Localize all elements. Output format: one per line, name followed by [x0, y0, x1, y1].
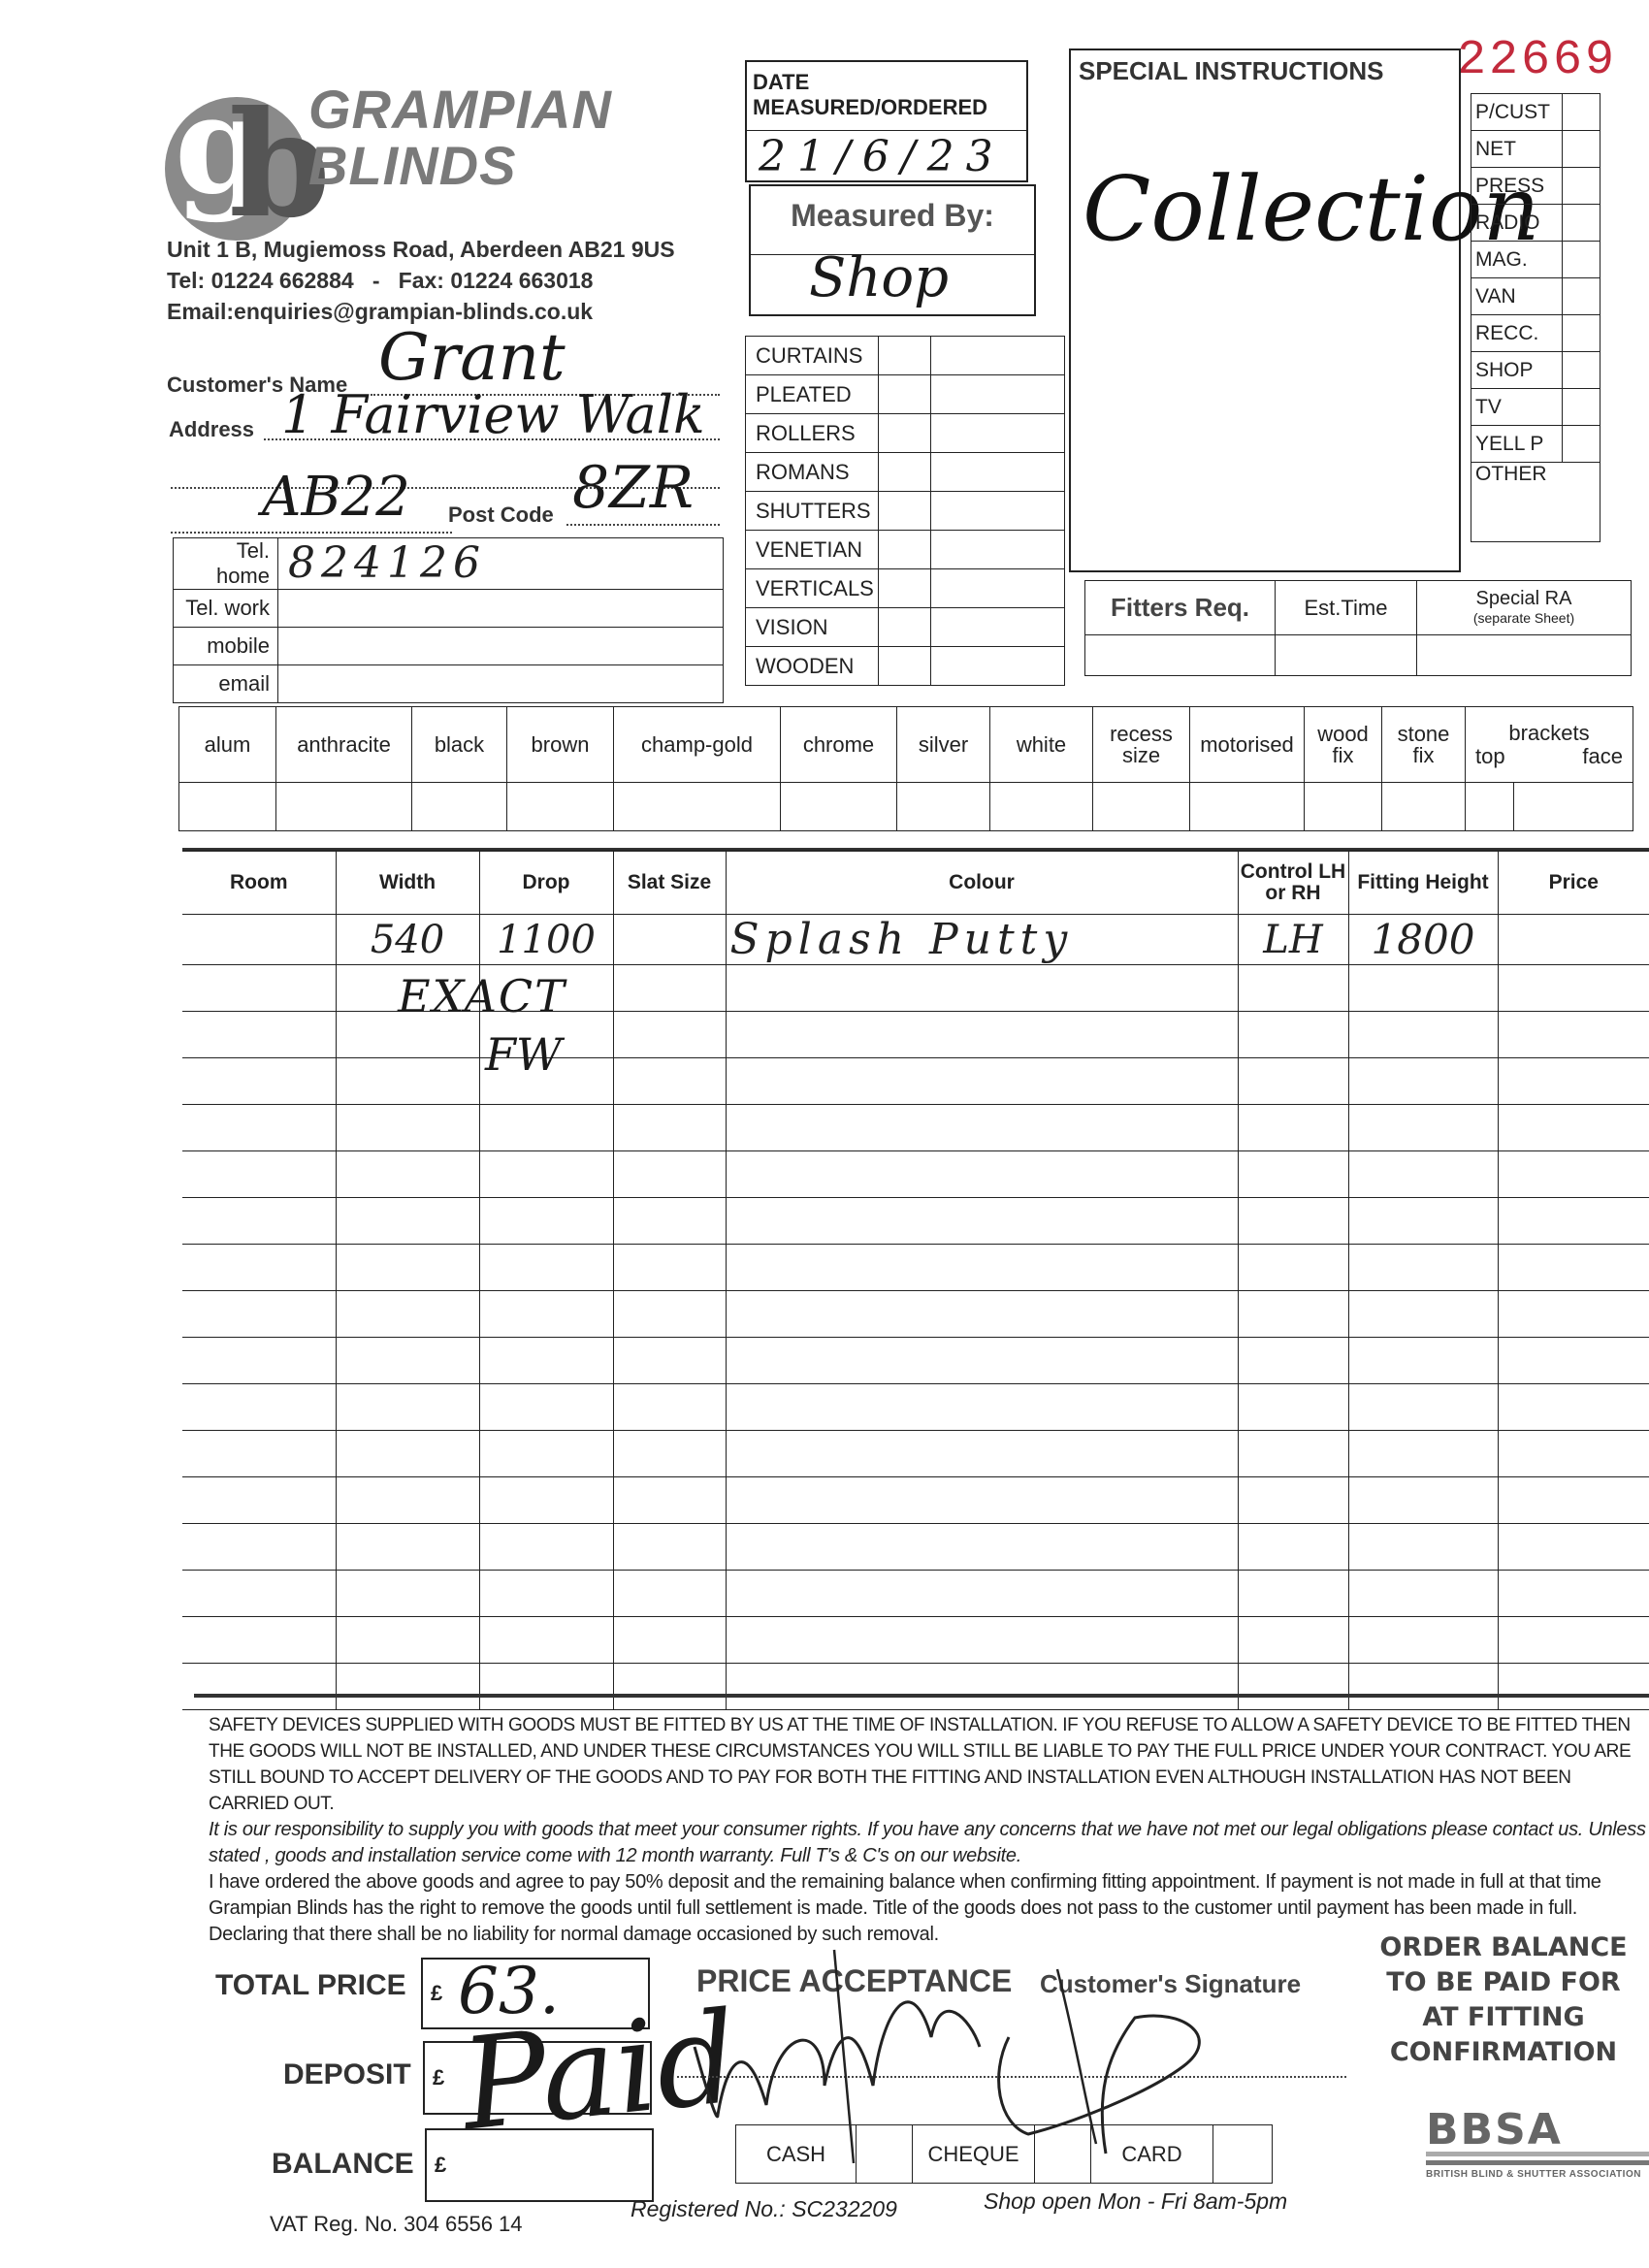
drop-cell[interactable]: [479, 1105, 613, 1151]
slat-cell[interactable]: [613, 1105, 726, 1151]
product-notes[interactable]: [930, 414, 1064, 453]
fitting-height-cell[interactable]: [1348, 1338, 1498, 1384]
contacts-table: Tel. home 824126 Tel. work mobile email: [173, 537, 724, 703]
source-checkbox[interactable]: [1563, 426, 1600, 463]
finish-label: recess size: [1093, 707, 1190, 783]
finish-checkbox[interactable]: [990, 783, 1093, 831]
table-row: [182, 1431, 1649, 1477]
fitting-height-cell[interactable]: [1348, 1198, 1498, 1245]
fitting-height-cell[interactable]: [1348, 1431, 1498, 1477]
fitting-height-cell[interactable]: [1348, 1291, 1498, 1338]
fitting-height-cell[interactable]: [1348, 1477, 1498, 1524]
fitting-height-cell[interactable]: [1348, 1105, 1498, 1151]
fitting-height-cell[interactable]: [1348, 1617, 1498, 1664]
source-checkbox[interactable]: [1563, 242, 1600, 278]
payment-card-checkbox[interactable]: [1213, 2125, 1273, 2184]
price-cell[interactable]: [1498, 1151, 1649, 1198]
slat-cell[interactable]: [613, 1617, 726, 1664]
colour-cell[interactable]: [726, 1105, 1238, 1151]
room-cell[interactable]: [182, 1012, 336, 1058]
source-checkbox[interactable]: [1563, 94, 1600, 131]
measured-by-label: Measured By:: [751, 198, 1034, 234]
room-cell[interactable]: [182, 965, 336, 1012]
product-row: WOODEN: [746, 647, 1065, 686]
finish-checkbox[interactable]: [1382, 783, 1466, 831]
col-width: Width: [336, 851, 479, 915]
est-time-field[interactable]: [1276, 635, 1417, 676]
table-row: [182, 1151, 1649, 1198]
room-cell[interactable]: [182, 1431, 336, 1477]
contact-row-tel-work: Tel. work: [174, 590, 724, 628]
product-row: VISION: [746, 608, 1065, 647]
postcode-line: [566, 524, 720, 526]
width-cell[interactable]: 540: [336, 915, 479, 965]
room-cell[interactable]: [182, 1571, 336, 1617]
price-cell[interactable]: [1498, 1105, 1649, 1151]
finish-label: black: [412, 707, 507, 783]
price-cell[interactable]: [1498, 1291, 1649, 1338]
price-cell[interactable]: [1498, 1384, 1649, 1431]
terms-text: SAFETY DEVICES SUPPLIED WITH GOODS MUST …: [209, 1712, 1649, 1948]
brackets-label: brackets: [1470, 722, 1629, 745]
control-cell[interactable]: [1238, 1338, 1348, 1384]
control-cell[interactable]: [1238, 1664, 1348, 1710]
product-checkbox[interactable]: [878, 531, 930, 569]
width-cell[interactable]: [336, 1571, 479, 1617]
control-cell[interactable]: [1238, 1291, 1348, 1338]
brackets-top-label: top: [1475, 745, 1505, 768]
fitters-req-field[interactable]: [1085, 635, 1276, 676]
slat-cell[interactable]: [613, 1245, 726, 1291]
notice-line: AT FITTING: [1358, 2000, 1649, 2035]
safety-devices-terms: SAFETY DEVICES SUPPLIED WITH GOODS MUST …: [209, 1712, 1649, 1817]
source-label: NET: [1471, 131, 1563, 168]
slat-cell[interactable]: [613, 1058, 726, 1105]
table-row: [182, 1338, 1649, 1384]
finish-checkbox[interactable]: [276, 783, 412, 831]
control-cell[interactable]: [1238, 1058, 1348, 1105]
postcode-value[interactable]: 8ZR: [572, 454, 694, 522]
colour-cell[interactable]: [726, 1198, 1238, 1245]
product-label: VISION: [746, 608, 879, 647]
colour-cell[interactable]: [726, 1617, 1238, 1664]
price-cell[interactable]: [1498, 1477, 1649, 1524]
width-cell[interactable]: [336, 1245, 479, 1291]
colour-cell[interactable]: [726, 1338, 1238, 1384]
price-cell[interactable]: [1498, 1058, 1649, 1105]
date-value[interactable]: 21/6/23: [759, 132, 1005, 181]
source-checkbox[interactable]: [1563, 168, 1600, 205]
finish-checkbox[interactable]: [897, 783, 990, 831]
room-cell[interactable]: [182, 1338, 336, 1384]
notice-line: CONFIRMATION: [1358, 2035, 1649, 2070]
finish-label: brown: [507, 707, 614, 783]
finish-checkbox[interactable]: [614, 783, 781, 831]
product-notes[interactable]: [930, 492, 1064, 531]
control-cell[interactable]: [1238, 1431, 1348, 1477]
width-cell[interactable]: [336, 1524, 479, 1571]
price-cell[interactable]: [1498, 1338, 1649, 1384]
finish-label: silver: [897, 707, 990, 783]
contact-label: email: [174, 665, 278, 703]
table-row: [182, 1384, 1649, 1431]
slat-cell[interactable]: [613, 965, 726, 1012]
room-cell[interactable]: [182, 1524, 336, 1571]
room-cell[interactable]: [182, 1151, 336, 1198]
fitting-height-cell[interactable]: [1348, 1245, 1498, 1291]
width-cell[interactable]: [336, 1198, 479, 1245]
product-row: VERTICALS: [746, 569, 1065, 608]
table-row: [182, 1617, 1649, 1664]
payment-cash-checkbox[interactable]: [857, 2125, 913, 2184]
finish-label: white: [990, 707, 1093, 783]
slat-cell[interactable]: [613, 1664, 726, 1710]
vat-number: VAT Reg. No. 304 6556 14: [270, 2212, 523, 2237]
drop-cell[interactable]: [479, 1291, 613, 1338]
colour-cell[interactable]: [726, 1664, 1238, 1710]
bracket-face-checkbox[interactable]: [1514, 783, 1633, 831]
fitting-height-cell[interactable]: [1348, 1524, 1498, 1571]
product-checkbox[interactable]: [878, 492, 930, 531]
product-row: SHUTTERS: [746, 492, 1065, 531]
fitters-table: Fitters Req. Est.Time Special RA (separa…: [1084, 580, 1632, 676]
pound-sign: £: [433, 2065, 444, 2090]
source-checkbox[interactable]: [1563, 131, 1600, 168]
contact-label: Tel. home: [174, 538, 278, 590]
control-cell[interactable]: LH: [1238, 915, 1348, 965]
slat-cell[interactable]: [613, 1012, 726, 1058]
slat-cell[interactable]: [613, 915, 726, 965]
product-notes[interactable]: [930, 608, 1064, 647]
width-cell[interactable]: [336, 1338, 479, 1384]
source-label: P/CUST: [1471, 94, 1563, 131]
source-label: MAG.: [1471, 242, 1563, 278]
slat-cell[interactable]: [613, 1198, 726, 1245]
product-label: VERTICALS: [746, 569, 879, 608]
source-label: RADIO: [1471, 205, 1563, 242]
room-cell[interactable]: [182, 1245, 336, 1291]
drop-cell[interactable]: 1100: [479, 915, 613, 965]
order-table-bottom-rule: [194, 1694, 1649, 1698]
table-row: [182, 1524, 1649, 1571]
source-label: TV: [1471, 389, 1563, 426]
tel-work-field[interactable]: [278, 590, 724, 628]
width-cell[interactable]: [336, 1477, 479, 1524]
source-label: YELL P: [1471, 426, 1563, 463]
col-room: Room: [182, 851, 336, 915]
total-price-label: TOTAL PRICE: [215, 1969, 406, 2002]
finish-checkbox[interactable]: [507, 783, 614, 831]
product-checkbox[interactable]: [878, 375, 930, 414]
width-cell[interactable]: [336, 1291, 479, 1338]
source-label: PRESS: [1471, 168, 1563, 205]
table-row: [182, 1105, 1649, 1151]
col-fitting-height: Fitting Height: [1348, 851, 1498, 915]
brackets-face-label: face: [1582, 745, 1623, 768]
product-notes[interactable]: [930, 453, 1064, 492]
colour-cell[interactable]: [726, 1524, 1238, 1571]
product-notes[interactable]: [930, 531, 1064, 569]
product-notes[interactable]: [930, 569, 1064, 608]
fitting-height-cell[interactable]: [1348, 1151, 1498, 1198]
price-cell[interactable]: [1498, 1571, 1649, 1617]
drop-cell[interactable]: [479, 1384, 613, 1431]
fitting-height-cell[interactable]: 1800: [1348, 915, 1498, 965]
room-cell[interactable]: [182, 1384, 336, 1431]
payment-card-label: CARD: [1091, 2125, 1213, 2184]
source-checkbox[interactable]: [1563, 278, 1600, 315]
finish-label: champ-gold: [614, 707, 781, 783]
colour-cell[interactable]: [726, 1571, 1238, 1617]
finish-options-table: alum anthracite black brown champ-gold c…: [178, 706, 1633, 831]
colour-cell[interactable]: [726, 1384, 1238, 1431]
finish-label: anthracite: [276, 707, 412, 783]
fitting-height-cell[interactable]: [1348, 1571, 1498, 1617]
room-cell[interactable]: [182, 1291, 336, 1338]
control-cell[interactable]: [1238, 1151, 1348, 1198]
source-label: RECC.: [1471, 315, 1563, 352]
finish-label: stone fix: [1382, 707, 1466, 783]
fitting-height-cell[interactable]: [1348, 965, 1498, 1012]
company-name-line1: GRAMPIAN: [308, 81, 612, 138]
price-cell[interactable]: [1498, 1524, 1649, 1571]
slat-cell[interactable]: [613, 1571, 726, 1617]
pound-sign: £: [435, 2153, 446, 2178]
colour-cell[interactable]: [726, 1151, 1238, 1198]
order-table-header: Room Width Drop Slat Size Colour Control…: [182, 851, 1649, 915]
sources-table: P/CUST NET PRESS RADIO MAG. VAN RECC. SH…: [1471, 93, 1600, 542]
product-checkbox[interactable]: [878, 337, 930, 375]
price-cell[interactable]: [1498, 1198, 1649, 1245]
slat-cell[interactable]: [613, 1291, 726, 1338]
colour-cell[interactable]: [726, 1431, 1238, 1477]
drop-cell[interactable]: [479, 1571, 613, 1617]
order-table-body: [182, 965, 1649, 1710]
price-cell[interactable]: [1498, 965, 1649, 1012]
product-row: PLEATED: [746, 375, 1065, 414]
room-cell[interactable]: [182, 1198, 336, 1245]
notice-line: TO BE PAID FOR: [1358, 1965, 1649, 2000]
control-cell[interactable]: [1238, 1105, 1348, 1151]
payment-cheque-checkbox[interactable]: [1035, 2125, 1091, 2184]
drop-cell[interactable]: [479, 1617, 613, 1664]
product-label: CURTAINS: [746, 337, 879, 375]
finish-label: chrome: [781, 707, 897, 783]
fitting-height-cell[interactable]: [1348, 1384, 1498, 1431]
bbsa-logo-icon: BBSA: [1426, 2105, 1563, 2155]
width-cell[interactable]: [336, 1058, 479, 1105]
source-checkbox[interactable]: [1563, 205, 1600, 242]
product-notes[interactable]: [930, 647, 1064, 686]
slat-cell[interactable]: [613, 1477, 726, 1524]
drop-cell[interactable]: [479, 1198, 613, 1245]
room-cell[interactable]: [182, 1664, 336, 1710]
table-row: [182, 1058, 1649, 1105]
width-cell[interactable]: [336, 1617, 479, 1664]
colour-cell[interactable]: [726, 1291, 1238, 1338]
colour-cell[interactable]: [726, 1477, 1238, 1524]
colour-cell[interactable]: [726, 965, 1238, 1012]
fitting-height-cell[interactable]: [1348, 1664, 1498, 1710]
price-cell[interactable]: [1498, 1245, 1649, 1291]
control-cell[interactable]: [1238, 1571, 1348, 1617]
fitting-height-cell[interactable]: [1348, 1012, 1498, 1058]
room-cell[interactable]: [182, 1058, 336, 1105]
table-row: 540 1100 Splash Putty LH 1800: [182, 915, 1649, 965]
finish-label: alum: [179, 707, 276, 783]
contact-row-mobile: mobile: [174, 628, 724, 665]
product-label: VENETIAN: [746, 531, 879, 569]
note-fw: FW: [485, 1028, 562, 1081]
drop-cell[interactable]: [479, 1151, 613, 1198]
company-address: Unit 1 B, Mugiemoss Road, Aberdeen AB21 …: [167, 237, 675, 263]
date-label: DATE MEASURED/ORDERED: [753, 70, 987, 120]
product-row: VENETIAN: [746, 531, 1065, 569]
source-other[interactable]: OTHER: [1471, 463, 1600, 542]
postcode-label: Post Code: [448, 502, 554, 528]
special-instructions-box: SPECIAL INSTRUCTIONS Collection: [1069, 49, 1461, 572]
drop-cell[interactable]: [479, 1524, 613, 1571]
contact-label: Tel. work: [174, 590, 278, 628]
tel-home-field[interactable]: 824126: [278, 538, 724, 590]
control-cell[interactable]: [1238, 1477, 1348, 1524]
product-label: ROLLERS: [746, 414, 879, 453]
colour-cell[interactable]: [726, 1012, 1238, 1058]
product-label: PLEATED: [746, 375, 879, 414]
product-label: ROMANS: [746, 453, 879, 492]
product-checkbox[interactable]: [878, 569, 930, 608]
drop-cell[interactable]: [479, 1664, 613, 1710]
slat-cell[interactable]: [613, 1338, 726, 1384]
source-checkbox[interactable]: [1563, 352, 1600, 389]
special-ra-field[interactable]: [1417, 635, 1632, 676]
shop-hours: Shop open Mon - Fri 8am-5pm: [984, 2188, 1287, 2215]
control-cell[interactable]: [1238, 1245, 1348, 1291]
source-checkbox[interactable]: [1563, 315, 1600, 352]
product-checkbox[interactable]: [878, 608, 930, 647]
price-cell[interactable]: [1498, 1012, 1649, 1058]
balance-label: BALANCE: [272, 2148, 414, 2181]
finish-checkbox[interactable]: [781, 783, 897, 831]
product-notes[interactable]: [930, 375, 1064, 414]
product-row: CURTAINS: [746, 337, 1065, 375]
slat-cell[interactable]: [613, 1431, 726, 1477]
measured-by-box: Measured By: Shop: [749, 184, 1036, 316]
date-label-line1: DATE: [753, 70, 987, 95]
table-row: [182, 1291, 1649, 1338]
width-cell[interactable]: [336, 1431, 479, 1477]
est-time-label: Est.Time: [1276, 581, 1417, 635]
consumer-rights-terms: It is our responsibility to supply you w…: [209, 1817, 1649, 1869]
registered-number: Registered No.: SC232209: [630, 2196, 897, 2222]
control-cell[interactable]: [1238, 1617, 1348, 1664]
table-row: [182, 1198, 1649, 1245]
width-cell[interactable]: [336, 1105, 479, 1151]
product-checkbox[interactable]: [878, 453, 930, 492]
payment-methods-table: CASH CHEQUE CARD: [735, 2124, 1273, 2184]
mobile-field[interactable]: [278, 628, 724, 665]
drop-cell[interactable]: [479, 1245, 613, 1291]
slat-cell[interactable]: [613, 1384, 726, 1431]
room-cell[interactable]: [182, 915, 336, 965]
measured-by-value[interactable]: Shop: [809, 246, 949, 309]
drop-cell[interactable]: [479, 1477, 613, 1524]
product-checkbox[interactable]: [878, 414, 930, 453]
finish-checkbox[interactable]: [412, 783, 507, 831]
control-cell[interactable]: [1238, 1198, 1348, 1245]
company-phone: Tel: 01224 662884 - Fax: 01224 663018: [167, 268, 593, 294]
finish-checkbox[interactable]: [1305, 783, 1382, 831]
control-cell[interactable]: [1238, 1524, 1348, 1571]
price-cell[interactable]: [1498, 1664, 1649, 1710]
finish-checkbox[interactable]: [1190, 783, 1305, 831]
width-cell[interactable]: [336, 1384, 479, 1431]
room-cell[interactable]: [182, 1617, 336, 1664]
width-cell[interactable]: [336, 1151, 479, 1198]
drop-cell[interactable]: [479, 1338, 613, 1384]
source-checkbox[interactable]: [1563, 389, 1600, 426]
finish-checkbox[interactable]: [179, 783, 276, 831]
special-ra-sub: (separate Sheet): [1421, 608, 1627, 628]
address-value[interactable]: 1 Fairview Walk: [281, 384, 705, 445]
col-slat-size: Slat Size: [613, 851, 726, 915]
contact-label: mobile: [174, 628, 278, 665]
price-cell[interactable]: [1498, 1617, 1649, 1664]
finish-checkbox[interactable]: [1093, 783, 1190, 831]
brackets-header: brackets top face: [1466, 707, 1633, 783]
address-label: Address: [169, 417, 254, 442]
product-checkbox[interactable]: [878, 647, 930, 686]
control-cell[interactable]: [1238, 1012, 1348, 1058]
source-label: VAN: [1471, 278, 1563, 315]
source-label: SHOP: [1471, 352, 1563, 389]
room-cell[interactable]: [182, 1477, 336, 1524]
order-balance-notice: ORDER BALANCE TO BE PAID FOR AT FITTING …: [1358, 1930, 1649, 2070]
table-row: [182, 1571, 1649, 1617]
product-row: ROMANS: [746, 453, 1065, 492]
contact-row-tel-home: Tel. home 824126: [174, 538, 724, 590]
special-ra-header: Special RA (separate Sheet): [1417, 581, 1632, 635]
control-cell[interactable]: [1238, 1384, 1348, 1431]
room-cell[interactable]: [182, 1105, 336, 1151]
table-row: [182, 1477, 1649, 1524]
deposit-label: DEPOSIT: [283, 2058, 411, 2091]
control-cell[interactable]: [1238, 965, 1348, 1012]
email-field[interactable]: [278, 665, 724, 703]
finish-label: motorised: [1190, 707, 1305, 783]
payment-cash-label: CASH: [736, 2125, 857, 2184]
colour-cell[interactable]: [726, 1058, 1238, 1105]
price-cell[interactable]: [1498, 915, 1649, 965]
width-cell[interactable]: [336, 1664, 479, 1710]
address-line2-value[interactable]: AB22: [262, 466, 410, 529]
pound-sign: £: [431, 1981, 442, 2006]
slat-cell[interactable]: [613, 1151, 726, 1198]
colour-cell[interactable]: Splash Putty: [726, 915, 1238, 965]
company-name: GRAMPIAN BLINDS: [308, 81, 612, 194]
slat-cell[interactable]: [613, 1524, 726, 1571]
order-number: 22669: [1457, 33, 1617, 88]
colour-cell[interactable]: [726, 1245, 1238, 1291]
price-cell[interactable]: [1498, 1431, 1649, 1477]
bbsa-subtitle: BRITISH BLIND & SHUTTER ASSOCIATION: [1426, 2169, 1641, 2180]
company-name-line2: BLINDS: [308, 138, 612, 194]
bracket-top-checkbox[interactable]: [1466, 783, 1514, 831]
product-notes[interactable]: [930, 337, 1064, 375]
drop-cell[interactable]: [479, 1431, 613, 1477]
product-label: SHUTTERS: [746, 492, 879, 531]
fitting-height-cell[interactable]: [1348, 1058, 1498, 1105]
